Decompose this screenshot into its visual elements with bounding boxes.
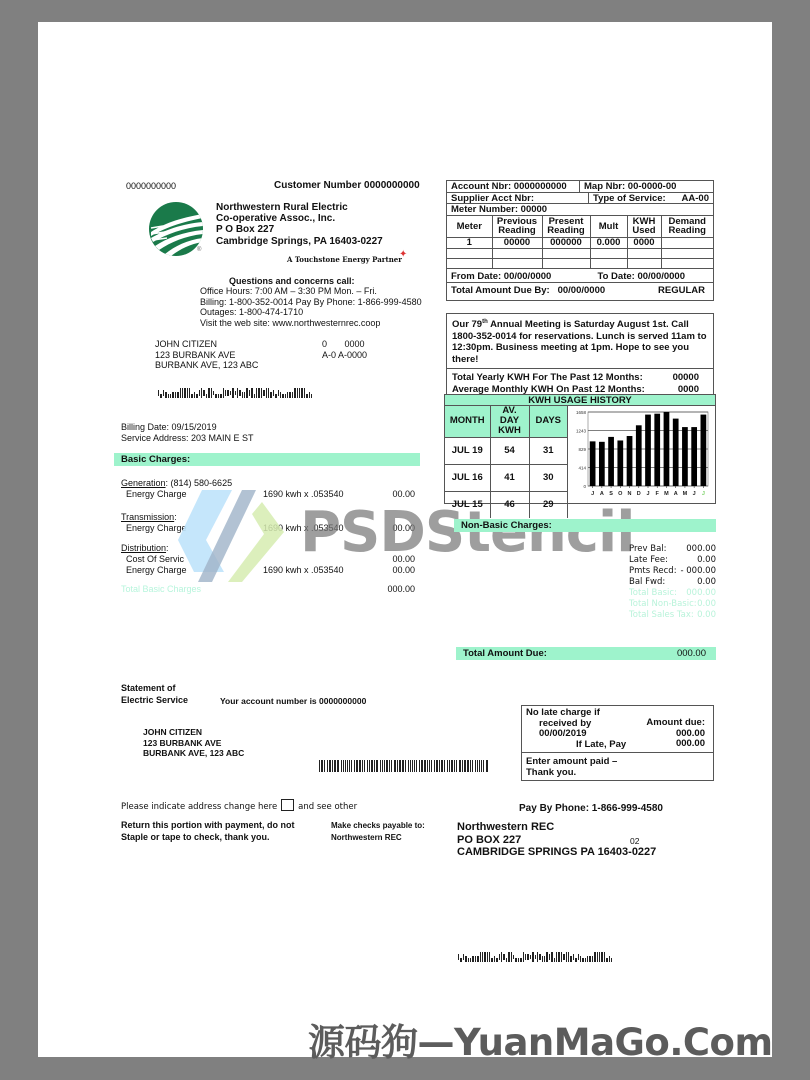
barcode-bar <box>367 760 368 772</box>
barcode-bar <box>213 391 214 395</box>
barcode-bar <box>424 760 426 772</box>
barcode-bar <box>436 760 438 772</box>
company-city: Cambridge Springs, PA 16403-0227 <box>216 236 383 247</box>
barcode-bar <box>494 956 495 962</box>
barcode-bar <box>599 952 600 962</box>
barcode-bar <box>258 388 259 398</box>
payable-line-2: Northwestern REC <box>331 832 425 844</box>
watermark-text: PSDStencil <box>300 500 634 565</box>
barcode-bar <box>484 952 485 962</box>
summary-label: Total Sales Tax: <box>629 610 694 621</box>
barcode-bar <box>280 392 281 398</box>
barcode-bar <box>211 388 212 398</box>
remit-code: 02 <box>630 836 639 847</box>
bill-type: REGULAR <box>658 283 705 300</box>
account-code: 0000000000 <box>126 181 176 192</box>
barcode-bar <box>525 954 526 960</box>
col-previous-reading: Previous Reading <box>492 216 542 238</box>
barcode-bar <box>391 760 392 772</box>
barcode-bar <box>447 760 448 772</box>
barcode-bar <box>249 390 250 396</box>
barcode-bar <box>487 952 488 962</box>
summary-value: - 000.00 <box>680 566 716 577</box>
svg-text:1243: 1243 <box>576 429 587 434</box>
barcode-bar <box>575 958 576 962</box>
barcode-bar <box>551 952 552 962</box>
cell-demand <box>661 238 713 249</box>
barcode-bar <box>268 388 269 398</box>
barcode-bar <box>451 760 453 772</box>
barcode-bar <box>201 388 202 398</box>
barcode-bar <box>324 760 325 772</box>
remit-name: Northwestern REC <box>457 821 656 834</box>
svg-text:0: 0 <box>583 484 586 489</box>
barcode-bar <box>386 760 388 772</box>
company-name-1: Northwestern Rural Electric <box>216 202 383 213</box>
website-link[interactable]: Visit the web site: www.northwesternrec.… <box>200 318 422 329</box>
barcode-bar <box>535 955 536 959</box>
barcode-bar <box>467 760 469 772</box>
svg-text:829: 829 <box>578 447 586 452</box>
return-line-2: Staple or tape to check, thank you. <box>121 831 295 843</box>
barcode-bar <box>285 394 286 398</box>
barcode-bar <box>394 760 396 772</box>
svg-text:S: S <box>609 491 613 497</box>
yearly-kwh-label: Total Yearly KWH For The Past 12 Months: <box>452 372 643 384</box>
barcode-bar <box>256 388 257 398</box>
non-basic-summary: Prev Bal:000.00Late Fee:0.00Pmts Recd:- … <box>629 544 716 621</box>
barcode-bar <box>611 958 612 962</box>
svg-text:O: O <box>618 491 623 497</box>
barcode-bar <box>458 954 459 960</box>
barcode-bar <box>389 760 390 772</box>
customer-code-2: A-0 A-0000 <box>322 350 367 361</box>
notice-text: Our 79 <box>452 319 482 330</box>
barcode-bar <box>513 955 514 959</box>
summary-value: 000.00 <box>686 588 716 599</box>
barcode-bar <box>419 760 420 772</box>
group-extra: : <box>166 543 169 553</box>
barcode-bar <box>441 760 443 772</box>
barcode-bar <box>351 760 352 772</box>
address-change-text: Please indicate address change here <box>121 802 277 812</box>
company-address: Northwestern Rural Electric Co-operative… <box>216 202 383 247</box>
barcode-bar <box>242 392 243 398</box>
billing-period: From Date: 00/00/0000 To Date: 00/00/000… <box>447 269 713 283</box>
barcode-bar <box>592 956 593 962</box>
col-days: DAYS <box>529 406 568 437</box>
watermark-shape-icon <box>172 482 312 586</box>
barcode-bar <box>163 390 164 396</box>
barcode-bar <box>408 760 409 772</box>
service-address: Service Address: 203 MAIN E ST <box>121 433 254 444</box>
barcode-bar <box>402 760 404 772</box>
account-number: Account Nbr: 0000000000 <box>447 181 580 192</box>
barcode-bar <box>416 760 417 772</box>
barcode-bar <box>397 760 398 772</box>
barcode-bar <box>332 760 333 772</box>
billing-date: Billing Date: 09/15/2019 <box>121 422 254 433</box>
company-name-2: Co-operative Assoc., Inc. <box>216 213 383 224</box>
barcode-bar <box>606 958 607 962</box>
barcode-bar <box>327 760 328 772</box>
barcode-bar <box>270 392 271 398</box>
barcode-bar <box>470 760 471 772</box>
notice-text: 1800-352-0014 for reservations. Lunch is… <box>452 331 709 343</box>
contact-lines: Office Hours: 7:00 AM – 3:30 PM Mon. – F… <box>200 286 422 328</box>
summary-line: Total Non-Basic:0.00 <box>629 599 716 610</box>
barcode-bar <box>472 956 473 962</box>
svg-text:F: F <box>656 491 660 497</box>
barcode-bar <box>410 760 411 772</box>
total-amount-due-bar: Total Amount Due: 000.00 <box>456 647 716 660</box>
svg-text:J: J <box>693 491 696 497</box>
enter-amount-label: Enter amount paid – <box>526 756 709 767</box>
address-change-text: and see other <box>298 802 357 812</box>
barcode-bar <box>223 388 224 398</box>
barcode-bar <box>341 760 342 772</box>
barcode-bar <box>501 952 502 962</box>
barcode-bar <box>359 760 361 772</box>
barcode-bar <box>160 394 161 398</box>
barcode-bar <box>230 391 231 395</box>
barcode-bar <box>282 394 283 398</box>
barcode-bar <box>578 954 579 960</box>
charge-amount: 00.00 <box>392 489 415 500</box>
barcode-bar <box>412 760 413 772</box>
col-month: MONTH <box>445 406 490 437</box>
barcode-bar <box>530 955 531 959</box>
barcode-bar <box>539 954 540 960</box>
col-av-day-kwh: AV. DAY KWH <box>490 406 529 437</box>
barcode-bar <box>232 388 233 398</box>
barcode-bar <box>444 760 445 772</box>
touchstone-partner: A Touchstone Energy Partner <box>287 255 402 264</box>
amounts: Amount due: 000.00 000.00 <box>646 718 705 750</box>
barcode-bar <box>235 391 236 395</box>
barcode-bar <box>278 390 279 396</box>
barcode-bar <box>334 760 336 772</box>
barcode-bar <box>306 394 307 398</box>
yearly-kwh-value: 00000 <box>673 372 699 384</box>
supplier-account: Supplier Acct Nbr: <box>447 193 589 204</box>
barcode-bar <box>384 760 385 772</box>
coop-logo-icon <box>149 202 203 256</box>
payable-to: Make checks payable to: Northwestern REC <box>331 820 425 844</box>
barcode-bar <box>294 388 295 398</box>
stub-name: JOHN CITIZEN <box>143 727 244 738</box>
barcode-bar <box>399 760 401 772</box>
barcode-bar <box>345 760 346 772</box>
to-date: To Date: 00/00/0000 <box>598 269 685 282</box>
total-due-label: Total Amount Due: <box>463 647 547 660</box>
col-mult: Mult <box>590 216 627 238</box>
summary-value: 0.00 <box>697 599 716 610</box>
barcode-bar <box>470 958 471 962</box>
summary-label: Pmts Recd: <box>629 566 677 577</box>
from-date: From Date: 00/00/0000 <box>451 269 551 282</box>
barcode-bar <box>191 394 192 398</box>
barcode-bar <box>263 390 264 396</box>
barcode-bar <box>483 760 484 772</box>
barcode-bar <box>527 954 528 960</box>
customer-address-1: 123 BURBANK AVE <box>155 350 258 361</box>
return-line-1: Return this portion with payment, do not <box>121 819 295 831</box>
group-label: Generation <box>121 478 166 488</box>
barcode-bar <box>354 760 355 772</box>
summary-label: Prev Bal: <box>629 544 667 555</box>
barcode-bar <box>218 394 219 398</box>
stub-account-number: Your account number is 0000000000 <box>220 696 366 707</box>
barcode-bar <box>544 956 545 962</box>
barcode-bar <box>563 954 564 960</box>
barcode-bar <box>570 956 571 962</box>
notice-text: Annual Meeting is Saturday August 1st. C… <box>488 319 689 330</box>
barcode-bar <box>582 958 583 962</box>
barcode-bar <box>180 388 181 398</box>
account-details-box: Account Nbr: 0000000000 Map Nbr: 00-0000… <box>446 180 714 301</box>
barcode-bar <box>369 760 370 772</box>
barcode-bar <box>537 952 538 962</box>
meter-readings-table: Meter Previous Reading Present Reading M… <box>447 216 713 270</box>
cell-days: 30 <box>529 464 568 491</box>
barcode-bar <box>520 958 521 962</box>
payment-barcode <box>319 760 488 772</box>
total-due-value: 000.00 <box>677 647 706 660</box>
barcode-bar <box>321 760 323 772</box>
annual-meeting-notice: Our 79th Annual Meeting is Saturday Augu… <box>446 313 714 399</box>
barcode-bar <box>594 952 595 962</box>
summary-line: Total Basic:000.00 <box>629 588 716 599</box>
barcode-bar <box>427 760 428 772</box>
barcode-bar <box>464 760 466 772</box>
barcode-bar <box>261 388 262 398</box>
group-label: Transmission <box>121 512 174 522</box>
kwh-usage-history: KWH USAGE HISTORY MONTH AV. DAY KWH DAYS… <box>444 394 716 504</box>
remit-city: CAMBRIDGE SPRINGS PA 16403-0227 <box>457 846 656 859</box>
barcode-bar <box>246 388 247 398</box>
barcode-bar <box>273 390 274 396</box>
barcode-bar <box>546 952 547 962</box>
barcode-bar <box>465 956 466 962</box>
barcode-bar <box>349 760 350 772</box>
barcode-bar <box>508 952 509 962</box>
barcode-bar <box>172 392 173 398</box>
barcode-bar <box>587 956 588 962</box>
barcode-bar <box>585 958 586 962</box>
barcode-bar <box>374 760 375 772</box>
barcode-bar <box>304 388 305 398</box>
pay-by-phone: Pay By Phone: 1-866-999-4580 <box>519 803 663 815</box>
svg-text:D: D <box>637 491 641 497</box>
footer-watermark: 源码狗—YuanMaGo.Com <box>308 1012 773 1066</box>
barcode-bar <box>482 952 483 962</box>
barcode-bar <box>309 392 310 398</box>
kwh-history-title: KWH USAGE HISTORY <box>445 395 715 406</box>
summary-line: Late Fee:0.00 <box>629 555 716 566</box>
charge-amount: 00.00 <box>392 565 415 576</box>
barcode-bar <box>456 760 457 772</box>
barcode-bar <box>477 956 478 962</box>
barcode-bar <box>206 394 207 398</box>
basic-charges-header: Basic Charges: <box>114 453 420 466</box>
barcode-bar <box>292 392 293 398</box>
enter-amount-field[interactable]: Enter amount paid – Thank you. <box>522 753 713 780</box>
barcode-bar <box>580 956 581 962</box>
barcode-bar <box>515 958 516 962</box>
map-number: Map Nbr: 00-0000-00 <box>580 181 680 192</box>
barcode-bar <box>601 952 602 962</box>
non-basic-charges-header: Non-Basic Charges: <box>454 519 716 532</box>
cell-present: 000000 <box>542 238 590 249</box>
barcode-bar <box>561 952 562 962</box>
cell-kwh: 0000 <box>627 238 661 249</box>
statement-title-1: Statement of <box>121 683 188 695</box>
customer-address: JOHN CITIZEN 123 BURBANK AVE BURBANK AVE… <box>155 339 258 371</box>
barcode-bar <box>486 760 488 772</box>
billing-info: Billing Date: 09/15/2019 Service Address… <box>121 422 254 443</box>
customer-address-2: BURBANK AVE, 123 ABC <box>155 360 258 371</box>
barcode-bar <box>237 388 238 398</box>
barcode-bar <box>382 760 383 772</box>
barcode-bar <box>454 760 455 772</box>
svg-text:J: J <box>591 491 594 497</box>
barcode-bar <box>477 760 478 772</box>
barcode-bar <box>573 954 574 960</box>
summary-line: Total Sales Tax:0.00 <box>629 610 716 621</box>
barcode-bar <box>491 958 492 962</box>
barcode-bar <box>189 388 190 398</box>
barcode-bar <box>170 394 171 398</box>
postal-barcode <box>158 388 312 398</box>
barcode-bar <box>208 388 209 398</box>
barcode-bar <box>439 760 440 772</box>
barcode-bar <box>158 390 159 396</box>
summary-value: 000.00 <box>686 544 716 555</box>
barcode-bar <box>187 388 188 398</box>
remit-postal-barcode <box>458 952 612 962</box>
cell-month: JUL 19 <box>445 437 490 464</box>
type-of-service: Type of Service: AA-00 <box>589 193 713 204</box>
address-change-checkbox[interactable] <box>281 799 294 811</box>
svg-text:A: A <box>600 491 604 497</box>
barcode-bar <box>589 956 590 962</box>
stub-address-2: BURBANK AVE, 123 ABC <box>143 748 244 759</box>
svg-text:A: A <box>674 491 678 497</box>
barcode-bar <box>597 952 598 962</box>
customer-name: JOHN CITIZEN <box>155 339 258 350</box>
barcode-bar <box>376 760 378 772</box>
barcode-bar <box>184 388 185 398</box>
barcode-bar <box>481 760 482 772</box>
barcode-bar <box>301 388 302 398</box>
address-change-line: Please indicate address change hereand s… <box>121 799 357 812</box>
svg-text:N: N <box>628 491 632 497</box>
barcode-bar <box>215 394 216 398</box>
barcode-bar <box>604 952 605 962</box>
payable-line-1: Make checks payable to: <box>331 820 425 832</box>
barcode-bar <box>194 392 195 398</box>
barcode-bar <box>558 952 559 962</box>
barcode-bar <box>434 760 435 772</box>
summary-label: Bal Fwd: <box>629 577 665 588</box>
barcode-bar <box>475 760 476 772</box>
barcode-bar <box>297 388 298 398</box>
barcode-bar <box>496 958 497 962</box>
barcode-bar <box>275 394 276 398</box>
registered-mark: ® <box>197 247 201 253</box>
statement-title: Statement of Electric Service <box>121 683 188 706</box>
svg-text:M: M <box>683 491 688 497</box>
billing-phone: Billing: 1-800-352-0014 Pay By Phone: 1-… <box>200 297 422 308</box>
barcode-bar <box>254 394 255 398</box>
cell-days: 31 <box>529 437 568 464</box>
barcode-bar <box>380 760 381 772</box>
barcode-bar <box>239 390 240 396</box>
summary-line: Bal Fwd:0.00 <box>629 577 716 588</box>
barcode-bar <box>468 958 469 962</box>
barcode-bar <box>177 392 178 398</box>
barcode-bar <box>475 956 476 962</box>
kwh-bar-chart: 041482912431658JASONDJFMAMJJ <box>568 406 715 503</box>
barcode-bar <box>196 394 197 398</box>
barcode-bar <box>182 388 183 398</box>
barcode-bar <box>266 388 267 398</box>
notice-message: Our 79th Annual Meeting is Saturday Augu… <box>447 314 713 369</box>
barcode-bar <box>449 760 450 772</box>
due-by-date: Total Amount Due By: 00/00/0000 <box>451 283 605 300</box>
barcode-bar <box>489 952 490 962</box>
remit-address: Northwestern REC PO BOX 227 CAMBRIDGE SP… <box>457 821 656 859</box>
barcode-bar <box>329 760 331 772</box>
barcode-bar <box>203 390 204 396</box>
barcode-bar <box>523 952 524 962</box>
cell-avg: 54 <box>490 437 529 464</box>
total-basic-value: 000.00 <box>387 584 415 595</box>
barcode-bar <box>414 760 415 772</box>
customer-code-1: 0 0000 <box>322 339 367 350</box>
cell-previous: 00000 <box>492 238 542 249</box>
summary-value: 0.00 <box>697 555 716 566</box>
barcode-bar <box>463 954 464 960</box>
svg-text:414: 414 <box>578 466 586 471</box>
if-late-amount: 000.00 <box>646 739 705 750</box>
barcode-bar <box>343 760 344 772</box>
barcode-bar <box>462 760 463 772</box>
barcode-bar <box>609 956 610 962</box>
barcode-bar <box>506 958 507 962</box>
barcode-bar <box>549 954 550 960</box>
barcode-bar <box>405 760 406 772</box>
barcode-bar <box>421 760 423 772</box>
barcode-bar <box>429 760 430 772</box>
barcode-bar <box>371 760 373 772</box>
summary-value: 0.00 <box>697 610 716 621</box>
barcode-bar <box>431 760 432 772</box>
type-of-service-value: AA-00 <box>682 193 709 204</box>
barcode-bar <box>499 954 500 960</box>
barcode-bar <box>566 952 567 962</box>
barcode-bar <box>225 390 226 396</box>
barcode-bar <box>244 392 245 398</box>
barcode-bar <box>347 760 348 772</box>
summary-label: Total Non-Basic: <box>629 599 697 610</box>
return-instructions: Return this portion with payment, do not… <box>121 819 295 843</box>
barcode-bar <box>532 952 533 962</box>
barcode-bar <box>511 952 512 962</box>
summary-label: Total Basic: <box>629 588 677 599</box>
col-kwh-used: KWH Used <box>627 216 661 238</box>
